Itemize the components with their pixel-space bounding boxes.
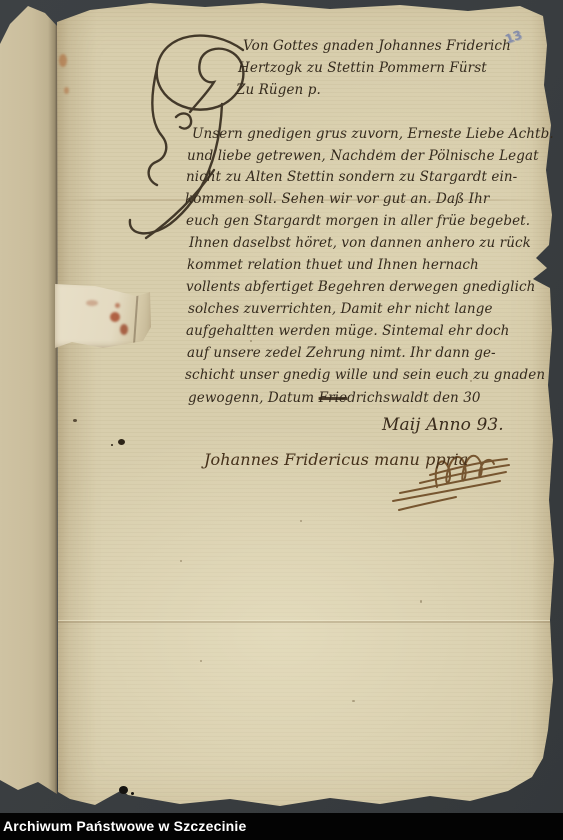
handwriting-line: Unsern gnedigen grus zuvorn, Erneste Lie… <box>192 126 554 142</box>
datum-line: gewogenn, Datum Friedrichswaldt den 30 <box>188 390 481 406</box>
archive-watermark-bar: Archiwum Państwowe w Szczecinie <box>0 813 563 840</box>
handwriting-line: Ihnen daselbst höret, von dannen anhero … <box>189 235 531 251</box>
handwriting-line: solches zuverrichten, Damit ehr nicht la… <box>188 301 493 317</box>
manuscript-page <box>55 0 557 812</box>
ink-blot <box>118 439 125 445</box>
paper-speck <box>250 340 252 342</box>
archive-watermark-label: Archiwum Państwowe w Szczecinie <box>3 818 247 834</box>
handwriting-header-line: Hertzogk zu Stettin Pommern Fürst <box>238 60 487 76</box>
handwriting-line: auf unsere zedel Zehrung nimt. Ihr dann … <box>187 345 496 361</box>
ink-speck <box>73 419 77 422</box>
handwriting-header-line: Zu Rügen p. <box>236 82 321 98</box>
signature-line: Johannes Fridericus manu ppria <box>204 450 468 469</box>
handwriting-line: und liebe getrewen, Nachdem der Pölnisch… <box>187 148 539 164</box>
paper-speck <box>200 660 202 662</box>
red-stain <box>120 324 128 335</box>
handwriting-line: schicht unser gnedig wille und sein euch… <box>185 367 545 383</box>
handwriting-header-line: Von Gottes gnaden Johannes Friderich <box>243 38 511 54</box>
ink-speck <box>131 792 134 795</box>
datum-post: drichswaldt den 30 <box>347 390 480 406</box>
handwriting-line: nicht zu Alten Stettin sondern zu Starga… <box>186 169 517 185</box>
archival-scan: Von Gottes gnaden Johannes Friderich Her… <box>0 0 563 840</box>
adjacent-page-edge <box>0 0 57 794</box>
date-line: Maij Anno 93. <box>382 415 504 435</box>
red-stain <box>86 300 98 306</box>
fold-crease <box>58 620 550 623</box>
patch-seam <box>133 288 139 344</box>
paper-speck <box>180 560 182 562</box>
ink-speck <box>111 444 113 446</box>
rust-stain <box>64 87 69 94</box>
datum-pre: gewogenn, Datum <box>188 390 319 406</box>
handwriting-line: kommet relation thuet und Ihnen hernach <box>187 257 479 273</box>
paper-speck <box>352 700 355 702</box>
paper-speck <box>420 600 422 603</box>
red-stain <box>115 303 120 308</box>
rust-stain <box>59 54 67 67</box>
handwriting-line: euch gen Stargardt morgen in aller früe … <box>186 213 530 229</box>
red-stain <box>110 312 120 322</box>
ink-blot <box>119 786 128 794</box>
handwriting-line: vollents abfertiget Begehren derwegen gn… <box>186 279 535 295</box>
handwriting-line: aufgehaltten werden müge. Sintemal ehr d… <box>186 323 509 339</box>
paper-speck <box>300 520 302 522</box>
handwriting-line: kommen soll. Sehen wir vor gut an. Daß I… <box>185 191 489 207</box>
struck-word: Frie <box>319 390 348 406</box>
